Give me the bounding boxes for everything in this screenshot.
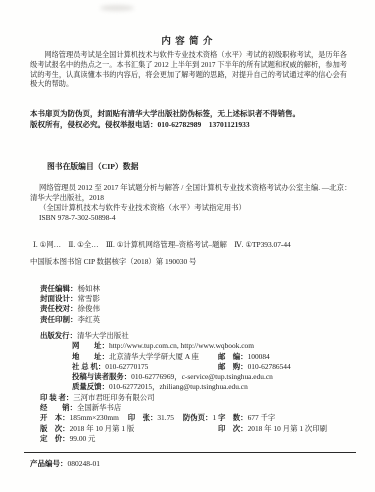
- cip-isbn: ISBN 978-7-302-50898-4: [30, 213, 370, 223]
- anti-piracy-line1: 本书扉页为防伪页，封面贴有清华大学出版社防伪标签，无上述标识者不得销售。: [30, 108, 360, 119]
- cip-series: （全国计算机技术与软件专业技术资格（水平）考试指定用书）: [30, 203, 370, 213]
- footer-divider: [24, 452, 356, 453]
- publisher-value: 清华大学出版社: [77, 331, 129, 340]
- printer-label: 印 装 者：: [40, 393, 73, 402]
- format-seg: 开 本：185mm×230mm: [40, 413, 119, 422]
- wordcount-label: 字 数：: [218, 413, 248, 422]
- switchboard-value: 010-62770175: [105, 362, 148, 371]
- switchboard-label: 社 总 机：: [72, 362, 105, 371]
- staff-label: 责任校对：: [40, 304, 78, 313]
- mailorder-value: 010-62786544: [248, 362, 291, 371]
- mailorder-col: 邮 购：010-62786544: [218, 362, 291, 372]
- website-row: 网 址：http://www.tup.com.cn, http://www.wq…: [40, 341, 362, 351]
- address-row: 地 址：北京清华大学学研大厦 A 座 邮 编：100084: [40, 352, 362, 362]
- website-value: http://www.tup.com.cn, http://www.wqbook…: [109, 341, 254, 350]
- product-number: 产品编号：080248-01: [30, 458, 100, 469]
- cip-classification: Ⅰ. ①网… Ⅱ. ①全… Ⅲ. ①计算机网络管理–资格考试–题解 Ⅳ. ①TP…: [33, 239, 291, 250]
- wordcount-col: 字 数：677 千字: [218, 413, 275, 423]
- anti-piracy-notice: 本书扉页为防伪页，封面贴有清华大学出版社防伪标签，无上述标识者不得销售。 版权所…: [30, 108, 360, 130]
- scan-smudge: [100, 5, 134, 11]
- book-colophon-page: 内 容 简 介 网络管理员考试是全国计算机技术与软件专业技术资格（水平）考试的初…: [0, 0, 375, 492]
- antifake-label: 防伪页：: [183, 413, 213, 422]
- product-number-label: 产品编号：: [30, 459, 68, 468]
- impression-value: 2018 年 10 月第 1 次印刷: [248, 424, 327, 433]
- publication-details: 出版发行：清华大学出版社 网 址：http://www.tup.com.cn, …: [40, 331, 362, 444]
- reader-service-row: 投稿与读者服务：010-62776969，c-service@tup.tsing…: [40, 372, 362, 382]
- content-intro-paragraph: 网络管理员考试是全国计算机技术与软件专业技术资格（水平）考试的初级职称考试，是历…: [30, 51, 347, 90]
- staff-value: 徐俊伟: [78, 304, 101, 313]
- quality-feedback-label: 质量反馈：: [72, 382, 109, 391]
- edition-row: 版 次：2018 年 10 月第 1 版 印 次：2018 年 10 月第 1 …: [40, 424, 362, 434]
- sheets-value: 31.75: [157, 413, 174, 422]
- address-value: 北京清华大学学研大厦 A 座: [109, 352, 199, 361]
- edition-label: 版 次：: [40, 424, 70, 433]
- format-label: 开 本：: [40, 413, 70, 422]
- reader-service-label: 投稿与读者服务：: [72, 372, 131, 381]
- address-label: 地 址：: [72, 352, 109, 361]
- distributor-row: 经 销：全国新华书店: [40, 403, 362, 413]
- staff-credits: 责任编辑：杨如林 封面设计：常雪影 责任校对：徐俊伟 责任印制：李红英: [40, 284, 100, 325]
- cip-heading: 图书在版编目（CIP）数据: [47, 161, 138, 172]
- reader-service-value: 010-62776969，c-service@tup.tsinghua.edu.…: [131, 372, 273, 381]
- antifake-value: 1: [212, 413, 216, 422]
- staff-value: 杨如林: [78, 284, 101, 293]
- cip-record: 网络管理员 2012 至 2017 年试题分析与解答 / 全国计算机专业技术资格…: [30, 183, 370, 223]
- product-number-value: 080248-01: [68, 459, 101, 468]
- switchboard-row: 社 总 机：010-62770175 邮 购：010-62786544: [40, 362, 362, 372]
- impression-col: 印 次：2018 年 10 月第 1 次印刷: [218, 424, 327, 434]
- zip-col: 邮 编：100084: [218, 352, 270, 362]
- cip-title-line2: 清华大学出版社，2018: [30, 193, 370, 203]
- zip-value: 100084: [248, 352, 270, 361]
- zip-label: 邮 编：: [218, 352, 248, 361]
- publisher-label: 出版发行：: [40, 331, 77, 340]
- cip-title-line1: 网络管理员 2012 至 2017 年试题分析与解答 / 全国计算机专业技术资格…: [30, 183, 370, 193]
- distributor-value: 全国新华书店: [77, 403, 121, 412]
- sheets-label: 印 张：: [128, 413, 158, 422]
- distributor-label: 经 销：: [40, 403, 77, 412]
- impression-label: 印 次：: [218, 424, 248, 433]
- price-row: 定 价：99.00 元: [40, 434, 362, 444]
- staff-label: 封面设计：: [40, 294, 78, 303]
- price-label: 定 价：: [40, 434, 70, 443]
- website-label: 网 址：: [72, 341, 109, 350]
- sheets-seg: 印 张：31.75: [128, 413, 174, 422]
- quality-feedback-row: 质量反馈：010-62772015，zhiliang@tup.tsinghua.…: [40, 382, 362, 392]
- staff-value: 李红英: [78, 315, 101, 324]
- wordcount-value: 677 千字: [248, 413, 276, 422]
- staff-label: 责任编辑：: [40, 284, 78, 293]
- staff-row-editor: 责任编辑：杨如林: [40, 284, 100, 294]
- anti-piracy-line2: 版权所有，侵权必究。侵权举报电话：010-62782989 1370112193…: [30, 119, 360, 130]
- price-value: 99.00 元: [70, 434, 96, 443]
- edition-value: 2018 年 10 月第 1 版: [70, 424, 135, 433]
- cip-registry-number: 中国版本图书馆 CIP 数据核字（2018）第 190030 号: [30, 256, 196, 267]
- format-row: 开 本：185mm×230mm 印 张：31.75 防伪页：1 字 数：677 …: [40, 413, 362, 423]
- mailorder-label: 邮 购：: [218, 362, 248, 371]
- printer-row: 印 装 者：三河市君旺印务有限公司: [40, 393, 362, 403]
- staff-row-cover-design: 封面设计：常雪影: [40, 294, 100, 304]
- staff-row-print-supervisor: 责任印制：李红英: [40, 315, 100, 325]
- staff-row-proofreader: 责任校对：徐俊伟: [40, 304, 100, 314]
- staff-label: 责任印制：: [40, 315, 78, 324]
- content-intro-heading: 内 容 简 介: [0, 33, 375, 47]
- antifake-seg: 防伪页：1: [183, 413, 216, 422]
- quality-feedback-value: 010-62772015，zhiliang@tup.tsinghua.edu.c…: [109, 382, 248, 391]
- publisher-row: 出版发行：清华大学出版社: [40, 331, 362, 341]
- printer-value: 三河市君旺印务有限公司: [73, 393, 154, 402]
- staff-value: 常雪影: [78, 294, 101, 303]
- format-value: 185mm×230mm: [70, 413, 119, 422]
